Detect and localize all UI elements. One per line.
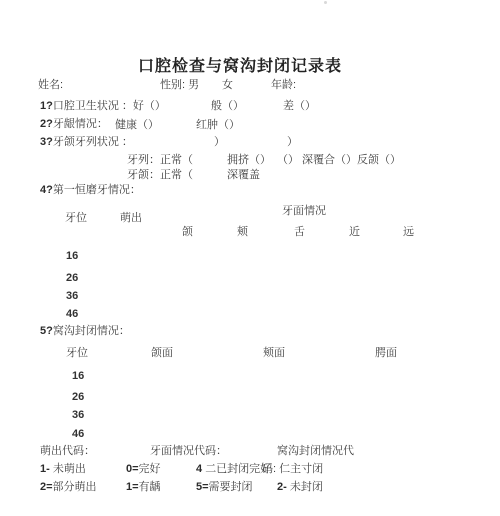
q1-number: 1? [40,100,53,112]
legend-erupt-title: 萌出代码： [40,445,95,458]
q5-tooth-16: 16 [72,370,84,383]
legend-erupt-code-1: 1- 未萌出 [40,463,86,476]
legend-seal-code-2-num: 2- [277,481,290,493]
q5-col-tooth: 牙位 [66,347,88,360]
q1-option-poor: 差（） [283,100,316,113]
legend-seal-code-1-num: 码: [262,463,279,475]
q4-label: 4?第一恒磨牙情况： [40,184,141,197]
legend-surface-code-a1: 0=完好 [126,463,161,476]
q4-tooth-26: 26 [66,272,78,285]
gender-label: 性别: 男 [160,79,199,92]
q4-number: 4? [40,184,53,196]
q4-surface-buccal: 颊 [237,226,248,239]
q5-col-occlusal: 颌面 [151,347,173,360]
legend-seal-code-1-text: 仁主寸闭 [279,463,323,475]
legend-seal-code-2: 2- 未封闭 [277,481,323,494]
legend-erupt-code-2-num: 2= [40,481,53,493]
q5-tooth-46: 46 [72,428,84,441]
legend-surface-code-a2: 1=有龋 [126,481,161,494]
gender-female-option: 女 [222,79,233,92]
legend-surface-code-b2-num: 5= [196,481,209,493]
q2-number: 2? [40,118,53,130]
q1-text: 口腔卫生状况 ：好（） [53,100,166,112]
q2-label: 2?牙龈情况： [40,118,108,131]
q4-col-tooth: 牙位 [65,212,87,225]
q5-label: 5?窝沟封闭情况： [40,325,130,338]
q5-number: 5? [40,325,53,337]
legend-erupt-code-2: 2=部分萌出 [40,481,97,494]
legend-seal-title: 窝沟封闭情况代 [277,445,354,458]
q4-surface-group-header: 牙面情况 [282,205,326,218]
q4-surface-lingual: 舌 [294,226,305,239]
legend-surface-code-a2-num: 1= [126,481,139,493]
q4-tooth-16: 16 [66,250,78,263]
q3-text: 牙颌牙列状况 ： [53,136,133,148]
q3-dentition-crowded: 拥挤（） [227,154,271,167]
q5-col-palatal: 腭面 [375,347,397,360]
q3-dentition-lead: 牙列：正常（ [127,154,193,167]
q4-surface-distal: 远 [403,226,414,239]
legend-erupt-code-2-text: 部分萌出 [53,481,97,493]
q5-tooth-26: 26 [72,391,84,404]
q4-col-erupt: 萌出 [120,212,142,225]
q4-tooth-36: 36 [66,290,78,303]
q1-option-fair: 般（） [211,100,244,113]
legend-erupt-code-1-text: 未萌出 [53,463,86,475]
legend-surface-code-b2-text: 需要封闭 [209,481,253,493]
legend-surface-code-a2-text: 有龋 [139,481,161,493]
legend-surface-code-a1-text: 完好 [139,463,161,475]
q3-stray-paren-1: ） [214,136,225,149]
form-title: 口腔检查与窝沟封闭记录表 [90,53,390,76]
legend-surface-code-b1-num: 4 [196,463,205,475]
q2-option-healthy: 健康（） [115,119,159,132]
q3-occlusion-lead: 牙颌：正常（ [127,169,193,182]
q4-text: 第一恒磨牙情况： [53,184,141,196]
legend-surface-code-b1: 4 二已封闭完好 [196,463,271,476]
q3-label: 3?牙颌牙列状况 ： [40,136,133,149]
legend-surface-code-b2: 5=需要封闭 [196,481,253,494]
legend-seal-code-2-text: 未封闭 [290,481,323,493]
q4-surface-occlusal: 颌 [182,226,193,239]
q3-stray-paren-2: ） [287,136,298,149]
q5-text: 窝沟封闭情况： [53,325,130,337]
q1-label: 1?口腔卫生状况 ：好（） [40,100,166,113]
q4-tooth-46: 46 [66,308,78,321]
record-form-page: 口腔检查与窝沟封闭记录表 姓名: 性别: 男 女 年龄: 1?口腔卫生状况 ：好… [0,0,500,516]
q3-dentition-rest: （） 深覆合（）反颌（） [277,154,401,167]
q2-option-swollen: 红肿（） [196,119,240,132]
q3-occlusion-overjet: 深覆盖 [227,169,260,182]
q2-text: 牙龈情况： [53,118,108,130]
q5-tooth-36: 36 [72,409,84,422]
q4-surface-mesial: 近 [349,226,360,239]
legend-surface-code-a1-num: 0= [126,463,139,475]
name-label: 姓名: [38,79,63,92]
legend-seal-code-1: 码: 仁主寸闭 [262,463,323,476]
scan-artifact [324,1,327,4]
age-label: 年龄: [271,79,296,92]
legend-surface-title: 牙面情况代码： [150,445,227,458]
q3-number: 3? [40,136,53,148]
q5-col-buccal: 颊面 [263,347,285,360]
legend-erupt-code-1-num: 1- [40,463,53,475]
